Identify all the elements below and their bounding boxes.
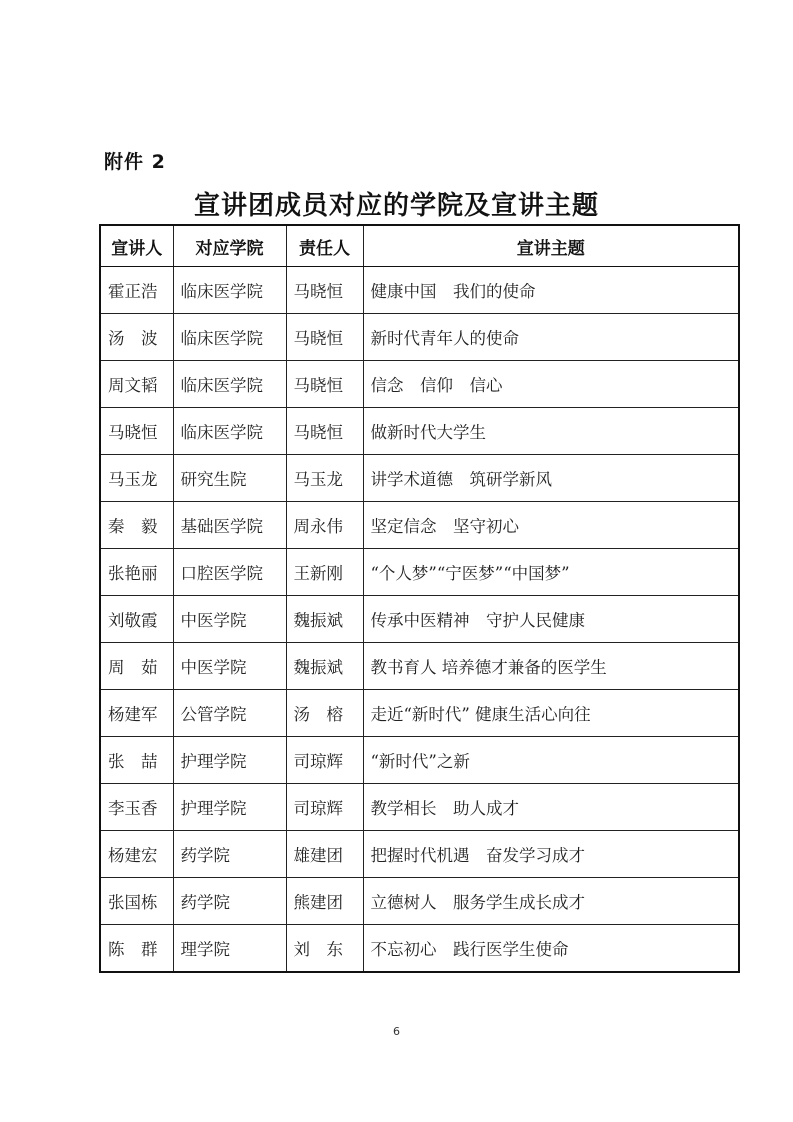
responsible-cell: 周永伟 xyxy=(286,502,363,549)
speaker-table: 宣讲人 对应学院 责任人 宣讲主题 霍正浩临床医学院马晓恒健康中国 我们的使命汤… xyxy=(99,224,740,973)
responsible-cell: 王新刚 xyxy=(286,549,363,596)
speaker-cell: 张艳丽 xyxy=(100,549,173,596)
speaker-cell: 秦 毅 xyxy=(100,502,173,549)
speaker-cell: 张国栋 xyxy=(100,878,173,925)
table-row: 刘敬霞中医学院魏振斌传承中医精神 守护人民健康 xyxy=(100,596,739,643)
responsible-cell: 司琼辉 xyxy=(286,784,363,831)
header-topic: 宣讲主题 xyxy=(363,225,739,267)
table-row: 周 茹中医学院魏振斌教书育人 培养德才兼备的医学生 xyxy=(100,643,739,690)
college-cell: 药学院 xyxy=(173,831,286,878)
responsible-cell: 魏振斌 xyxy=(286,596,363,643)
table-row: 霍正浩临床医学院马晓恒健康中国 我们的使命 xyxy=(100,267,739,314)
responsible-cell: 汤 榕 xyxy=(286,690,363,737)
speaker-cell: 周文韬 xyxy=(100,361,173,408)
topic-cell: 走近“新时代” 健康生活心向往 xyxy=(363,690,739,737)
speaker-cell: 陈 群 xyxy=(100,925,173,973)
table-row: 马玉龙研究生院马玉龙讲学术道德 筑研学新风 xyxy=(100,455,739,502)
topic-cell: “个人梦”“宁医梦”“中国梦” xyxy=(363,549,739,596)
table-row: 杨建宏药学院雄建团把握时代机遇 奋发学习成才 xyxy=(100,831,739,878)
topic-cell: 把握时代机遇 奋发学习成才 xyxy=(363,831,739,878)
header-college: 对应学院 xyxy=(173,225,286,267)
college-cell: 研究生院 xyxy=(173,455,286,502)
topic-cell: 教书育人 培养德才兼备的医学生 xyxy=(363,643,739,690)
responsible-cell: 马晓恒 xyxy=(286,361,363,408)
college-cell: 临床医学院 xyxy=(173,267,286,314)
responsible-cell: 雄建团 xyxy=(286,831,363,878)
topic-cell: 信念 信仰 信心 xyxy=(363,361,739,408)
college-cell: 基础医学院 xyxy=(173,502,286,549)
table-row: 李玉香护理学院司琼辉教学相长 助人成才 xyxy=(100,784,739,831)
page-number: 6 xyxy=(0,1025,793,1038)
header-speaker: 宣讲人 xyxy=(100,225,173,267)
responsible-cell: 魏振斌 xyxy=(286,643,363,690)
responsible-cell: 司琼辉 xyxy=(286,737,363,784)
college-cell: 护理学院 xyxy=(173,737,286,784)
table-row: 汤 波临床医学院马晓恒新时代青年人的使命 xyxy=(100,314,739,361)
college-cell: 药学院 xyxy=(173,878,286,925)
table-header-row: 宣讲人 对应学院 责任人 宣讲主题 xyxy=(100,225,739,267)
speaker-cell: 马玉龙 xyxy=(100,455,173,502)
topic-cell: 健康中国 我们的使命 xyxy=(363,267,739,314)
speaker-cell: 杨建军 xyxy=(100,690,173,737)
topic-cell: “新时代”之新 xyxy=(363,737,739,784)
speaker-cell: 霍正浩 xyxy=(100,267,173,314)
topic-cell: 传承中医精神 守护人民健康 xyxy=(363,596,739,643)
table-row: 周文韬临床医学院马晓恒信念 信仰 信心 xyxy=(100,361,739,408)
responsible-cell: 马晓恒 xyxy=(286,314,363,361)
responsible-cell: 马晓恒 xyxy=(286,408,363,455)
responsible-cell: 刘 东 xyxy=(286,925,363,973)
topic-cell: 新时代青年人的使命 xyxy=(363,314,739,361)
table-row: 陈 群理学院刘 东不忘初心 践行医学生使命 xyxy=(100,925,739,973)
college-cell: 临床医学院 xyxy=(173,408,286,455)
topic-cell: 教学相长 助人成才 xyxy=(363,784,739,831)
college-cell: 临床医学院 xyxy=(173,361,286,408)
college-cell: 中医学院 xyxy=(173,596,286,643)
speaker-cell: 汤 波 xyxy=(100,314,173,361)
topic-cell: 立德树人 服务学生成长成才 xyxy=(363,878,739,925)
table-row: 杨建军公管学院汤 榕走近“新时代” 健康生活心向往 xyxy=(100,690,739,737)
topic-cell: 做新时代大学生 xyxy=(363,408,739,455)
speaker-cell: 杨建宏 xyxy=(100,831,173,878)
table-row: 张艳丽口腔医学院王新刚“个人梦”“宁医梦”“中国梦” xyxy=(100,549,739,596)
college-cell: 口腔医学院 xyxy=(173,549,286,596)
table-row: 马晓恒临床医学院马晓恒做新时代大学生 xyxy=(100,408,739,455)
speaker-cell: 张 喆 xyxy=(100,737,173,784)
topic-cell: 不忘初心 践行医学生使命 xyxy=(363,925,739,973)
speaker-cell: 马晓恒 xyxy=(100,408,173,455)
college-cell: 护理学院 xyxy=(173,784,286,831)
topic-cell: 坚定信念 坚守初心 xyxy=(363,502,739,549)
table-row: 张国栋药学院熊建团立德树人 服务学生成长成才 xyxy=(100,878,739,925)
college-cell: 临床医学院 xyxy=(173,314,286,361)
speaker-cell: 周 茹 xyxy=(100,643,173,690)
responsible-cell: 马晓恒 xyxy=(286,267,363,314)
responsible-cell: 熊建团 xyxy=(286,878,363,925)
header-responsible: 责任人 xyxy=(286,225,363,267)
speaker-cell: 刘敬霞 xyxy=(100,596,173,643)
table-row: 秦 毅基础医学院周永伟坚定信念 坚守初心 xyxy=(100,502,739,549)
college-cell: 理学院 xyxy=(173,925,286,973)
college-cell: 中医学院 xyxy=(173,643,286,690)
table-row: 张 喆护理学院司琼辉“新时代”之新 xyxy=(100,737,739,784)
attachment-label: 附件 2 xyxy=(104,147,166,174)
document-title: 宣讲团成员对应的学院及宣讲主题 xyxy=(0,185,793,222)
college-cell: 公管学院 xyxy=(173,690,286,737)
speaker-cell: 李玉香 xyxy=(100,784,173,831)
topic-cell: 讲学术道德 筑研学新风 xyxy=(363,455,739,502)
responsible-cell: 马玉龙 xyxy=(286,455,363,502)
